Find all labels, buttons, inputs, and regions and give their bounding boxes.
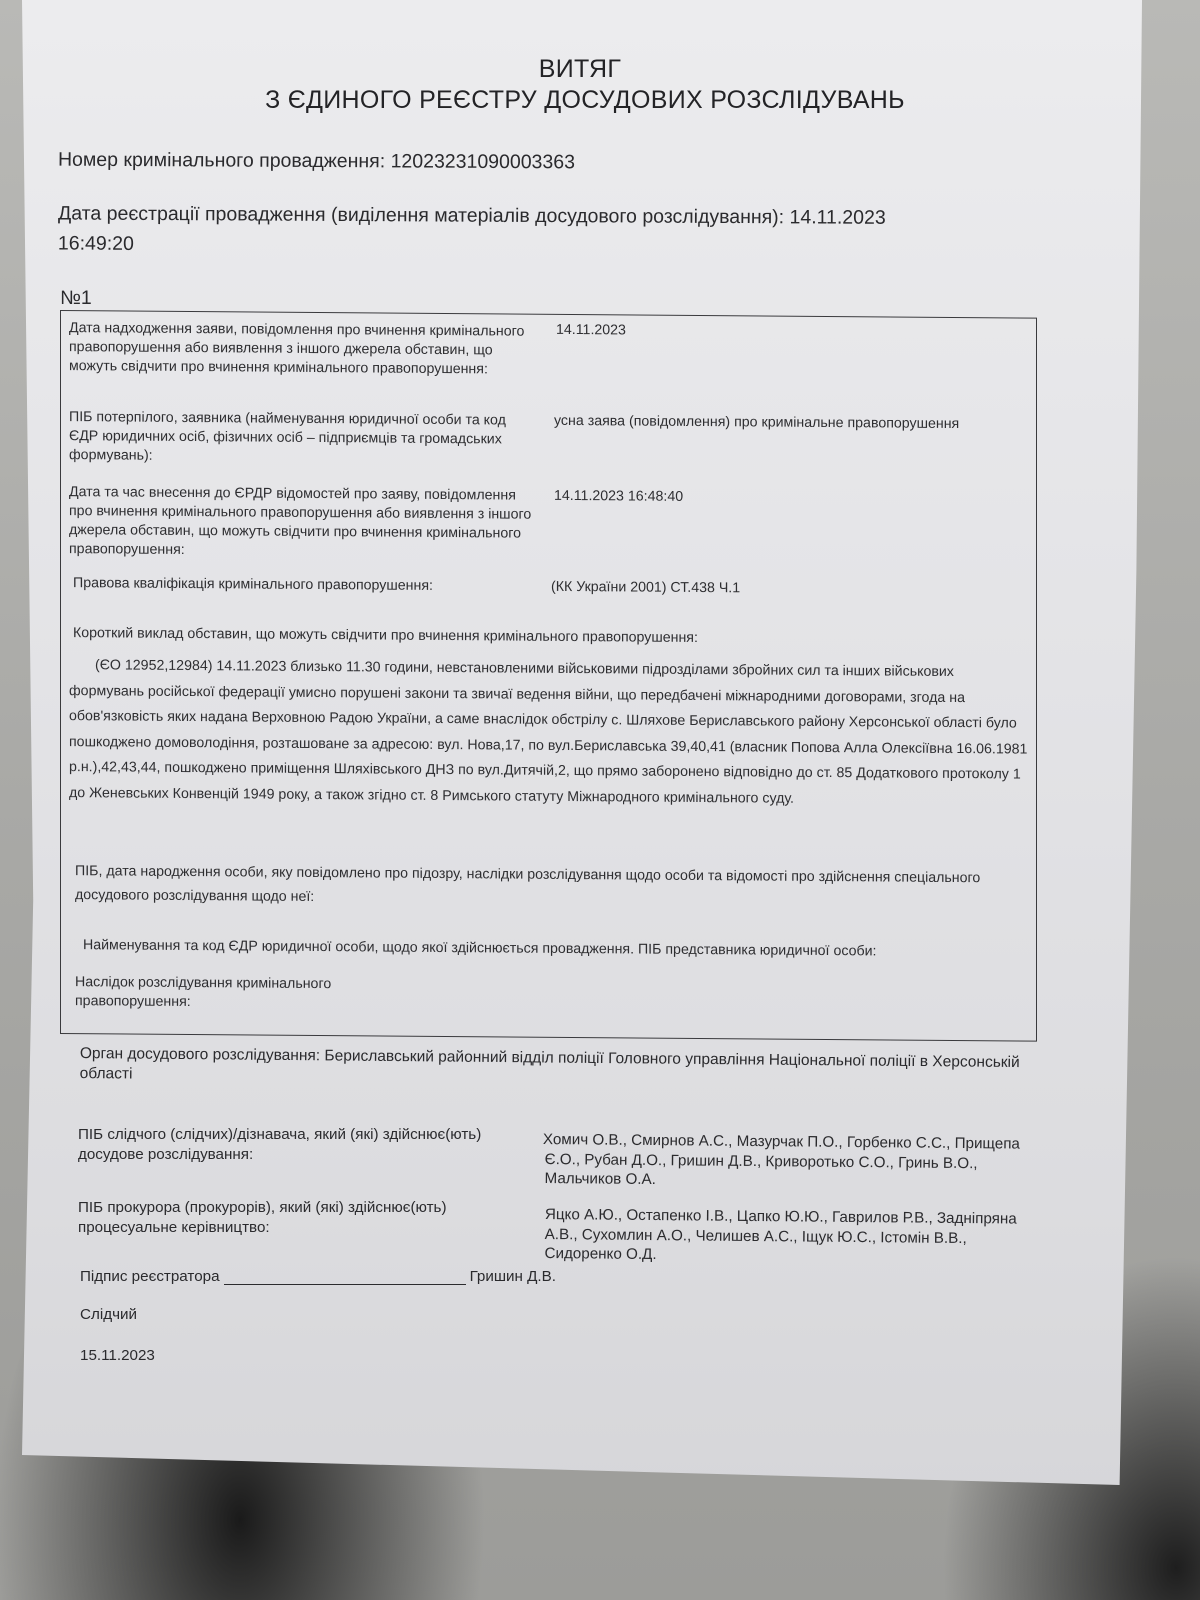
legal-entity-label: Найменування та код ЄДР юридичної особи,…	[83, 936, 1033, 962]
outcome-label: Наслідок розслідування кримінального пра…	[75, 973, 365, 1013]
registration-date-label: Дата реєстрації провадження (виділення м…	[58, 202, 784, 228]
row-label-submission-date: Дата надходження заяви, повідомлення про…	[69, 319, 539, 380]
case-number-label: Номер кримінального провадження:	[58, 149, 385, 173]
summary-label: Короткий виклад обставин, що можуть свід…	[73, 624, 1033, 651]
prosecutors-label: ПІБ прокурора (прокурорів), який (які) з…	[78, 1198, 508, 1237]
case-number: 12023231090003363	[391, 150, 575, 173]
suspect-label: ПІБ, дата народження особи, яку повідомл…	[75, 859, 1015, 914]
registration-date: 14.11.2023	[790, 206, 886, 229]
signature-label: Підпис реєстратора	[80, 1268, 220, 1285]
document-title: ВИТЯГ	[0, 55, 1160, 84]
document-subtitle: З ЄДИНОГО РЕЄСТРУ ДОСУДОВИХ РОЗСЛІДУВАНЬ	[40, 86, 1130, 115]
signature-line	[224, 1268, 466, 1285]
summary-text: (ЄО 12952,12984) 14.11.2023 близько 11.3…	[69, 653, 1029, 814]
registration-time: 16:49:20	[58, 232, 134, 254]
investigation-body-label: Орган досудового розслідування:	[80, 1045, 320, 1064]
row-label-legal-qualification: Правова кваліфікація кримінального право…	[73, 574, 433, 596]
details-table: Дата надходження заяви, повідомлення про…	[60, 310, 1037, 1042]
section-number: №1	[60, 287, 92, 310]
registrar-name: Гришин Д.В.	[470, 1268, 556, 1285]
signature-block: Підпис реєстратораГришин Д.В.	[80, 1268, 556, 1285]
case-number-line: Номер кримінального провадження: 1202323…	[58, 149, 575, 175]
registration-date-line: Дата реєстрації провадження (виділення м…	[58, 198, 1018, 263]
prosecutors-list: Яцко А.Ю., Остапенко І.В., Цапко Ю.Ю., Г…	[544, 1205, 1045, 1268]
registrar-position: Слідчий	[80, 1306, 137, 1323]
row-value-submission-date: 14.11.2023	[556, 321, 626, 341]
row-label-victim: ПІБ потерпілого, заявника (найменування …	[69, 408, 539, 469]
issue-date: 15.11.2023	[80, 1347, 155, 1364]
investigators-label: ПІБ слідчого (слідчих)/дізнавача, який (…	[78, 1125, 538, 1164]
row-label-entry-datetime: Дата та час внесення до ЄРДР відомостей …	[69, 483, 539, 563]
row-value-entry-datetime: 14.11.2023 16:48:40	[554, 487, 683, 507]
row-value-legal-qualification: (КК України 2001) СТ.438 Ч.1	[551, 578, 740, 598]
investigators-list: Хомич О.В., Смирнов А.С., Мазурчак П.О.,…	[544, 1130, 1045, 1193]
row-value-victim: усна заява (повідомлення) про кримінальн…	[554, 412, 959, 434]
